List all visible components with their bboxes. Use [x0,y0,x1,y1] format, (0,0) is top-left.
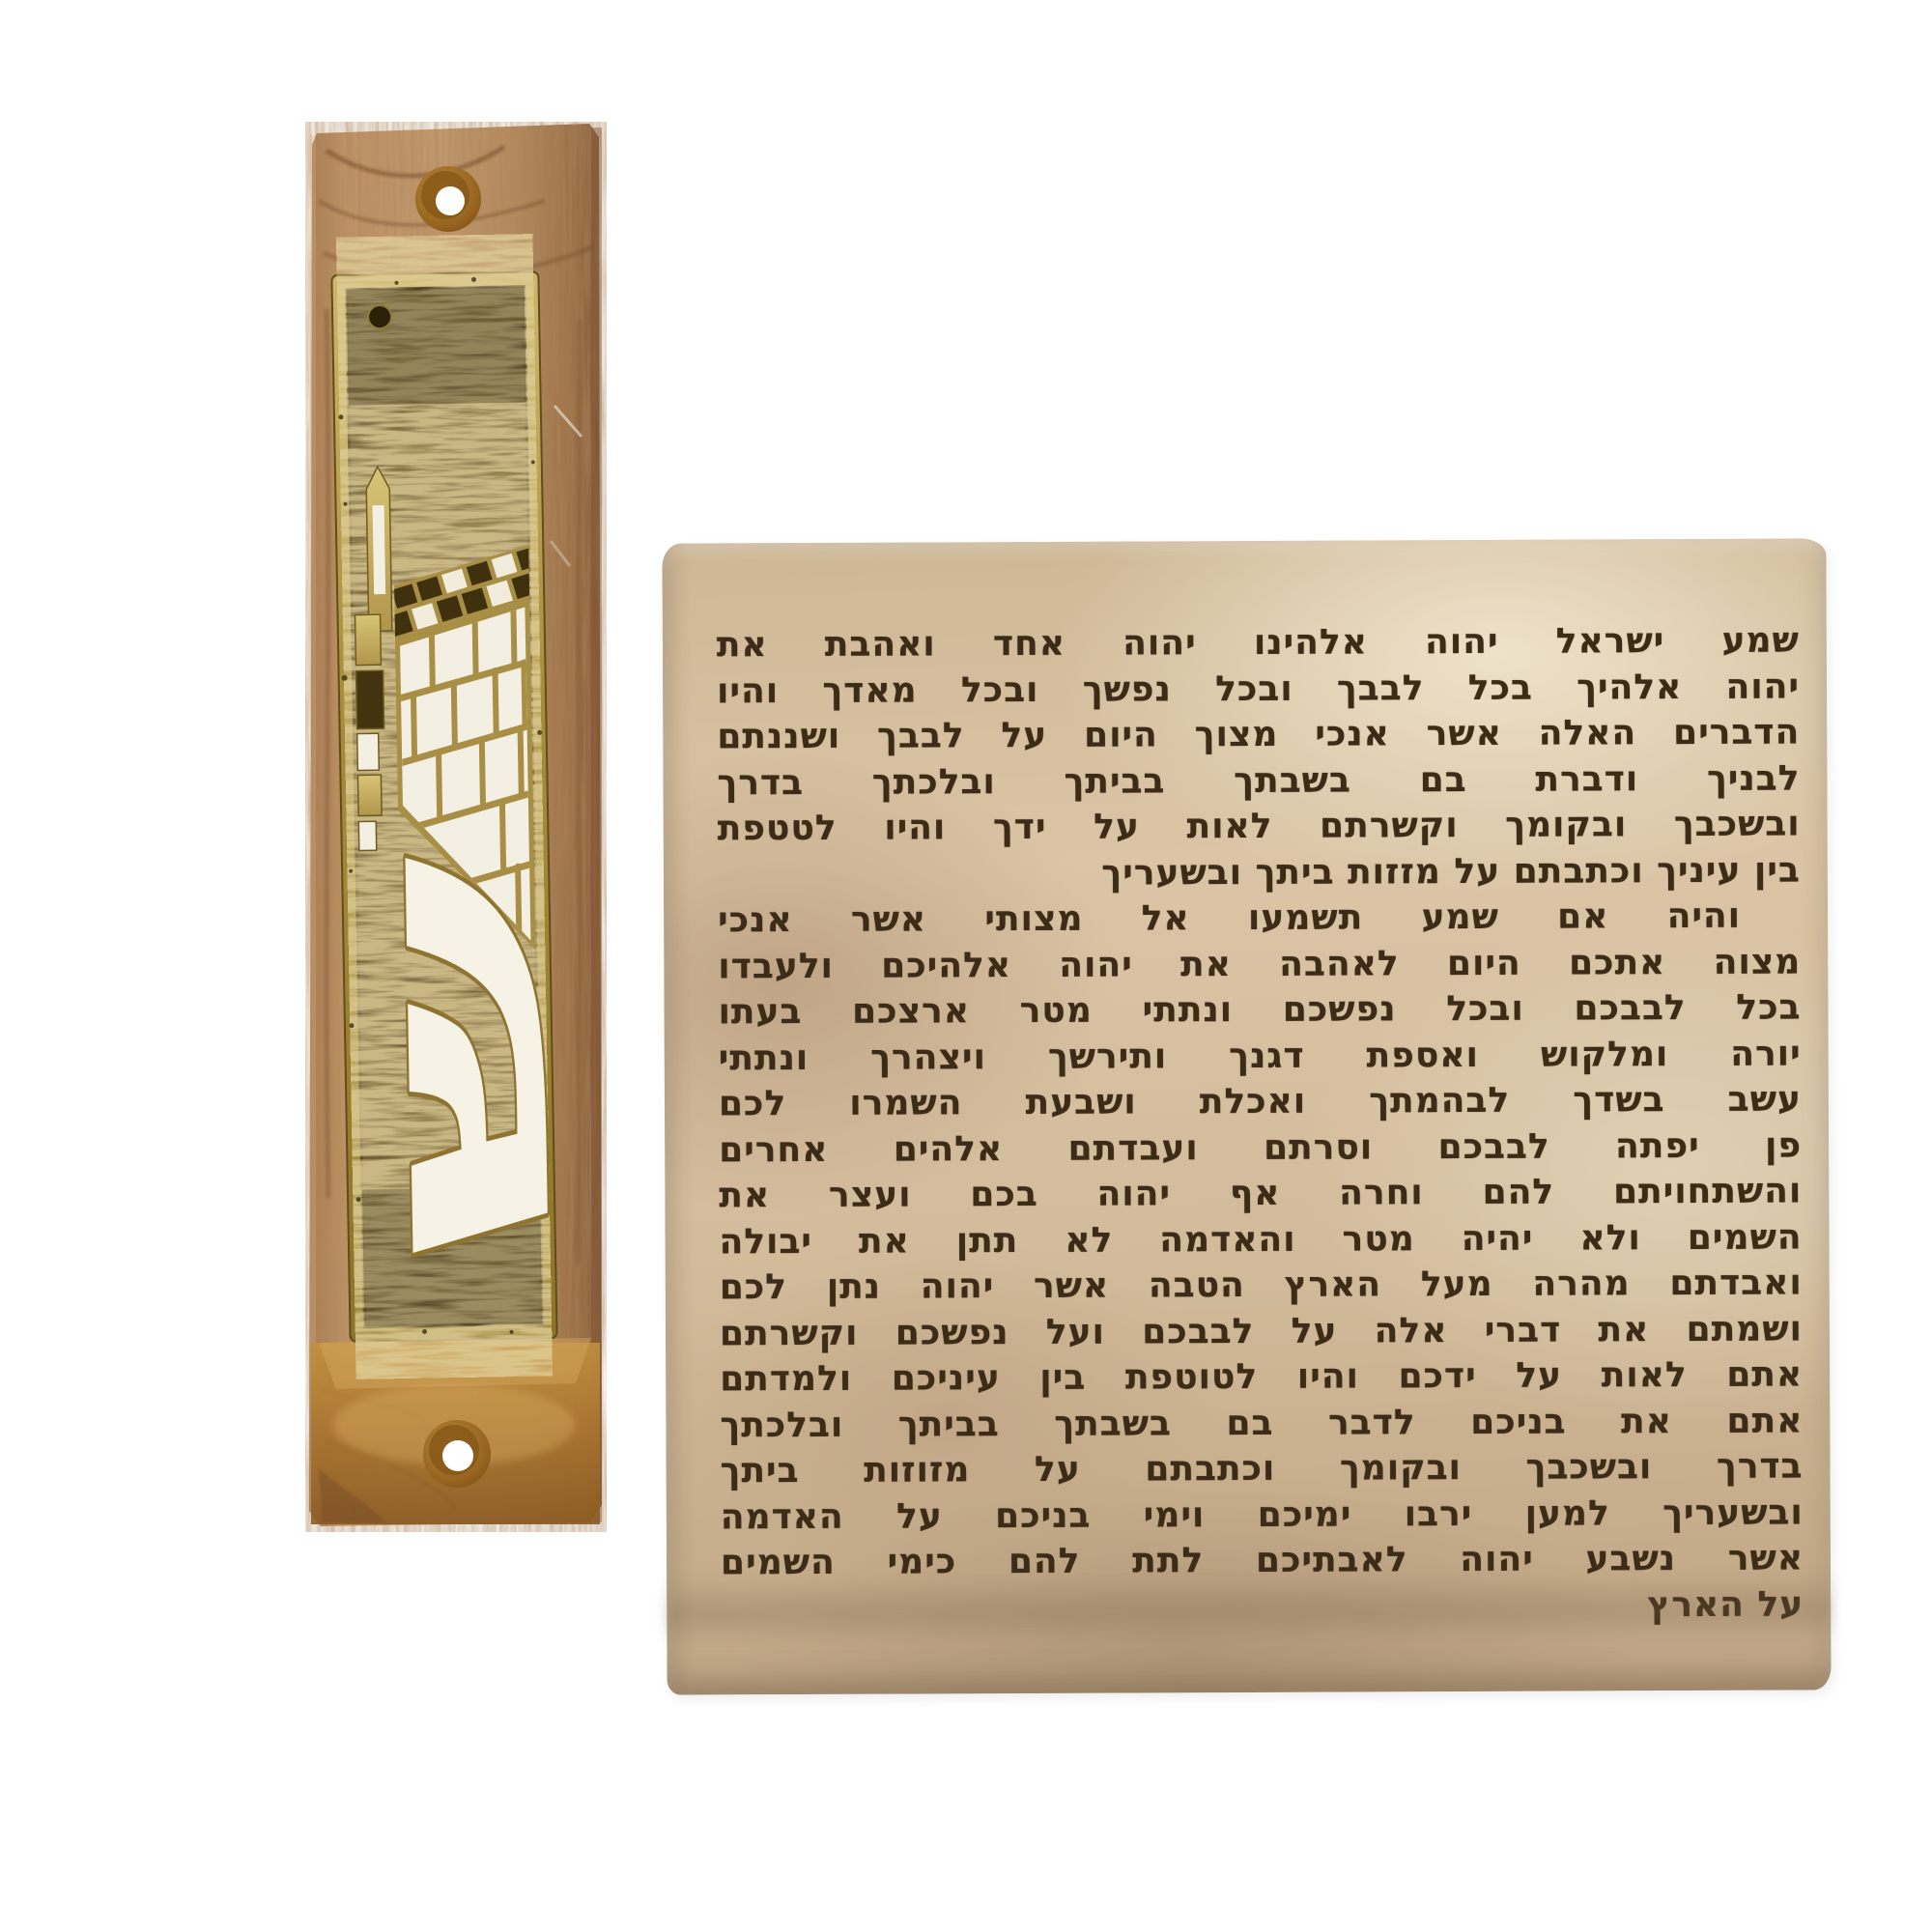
scroll-text-block: שמע ישראל יהוה אלהינו יהוה אחד ואהבת אתי… [717,617,1804,1632]
scroll-line: עשב בשדך לבהמתך ואכלת ושבעת השמרו לכם [719,1076,1802,1126]
shin-letter: ש [310,850,607,1265]
scroll-line: ובשעריך למען ירבו ימיכם וימי בניכם על הא… [721,1490,1804,1540]
scroll-line: יורה ומלקוש ואספת דגנך ותירשך ויצהרך ונת… [719,1031,1802,1081]
scroll-line: והיה אם שמע תשמעו אל מצותי אשר אנכי [718,893,1801,943]
scroll-line: ושמתם את דברי אלה על לבבכם ועל נפשכם וקש… [720,1306,1803,1356]
scroll-line: אתם את בניכם לדבר בם בשבתך בביתך ובלכתך [720,1398,1803,1448]
screw-hole-top [415,166,481,232]
scroll-line: ובשכבך ובקומך וקשרתם לאות על ידך והיו לט… [718,801,1801,851]
scroll-line: והשתחויתם להם וחרה אף יהוה בכם ועצר את [719,1168,1802,1218]
scroll-line: בדרך ובשכבך ובקומך וכתבתם על מזוזות ביתך [720,1443,1803,1493]
scroll-line: ואבדתם מהרה מעל הארץ הטבה אשר יהוה נתן ל… [720,1260,1803,1310]
mezuzah-case: ש [305,122,607,1532]
product-photo: { "page": { "background_color": "#ffffff… [0,0,1932,1932]
scroll-line: יהוה אלהיך בכל לבבך ובכל נפשך ובכל מאדך … [717,664,1800,714]
scroll-parchment: שמע ישראל יהוה אלהינו יהוה אחד ואהבת אתי… [662,538,1831,1694]
scroll-line: מצוה אתכם היום לאהבה את יהוה אלהיכם ולעב… [718,939,1801,989]
scroll-line: לבניך ודברת בם בשבתך בביתך ובלכתך בדרך [717,755,1800,806]
scroll-line: אשר נשבע יהוה לאבתיכם לתת להם כימי השמים [721,1535,1804,1585]
scroll-line: בכל לבבכם ובכל נפשכם ונתתי מטר ארצכם בעת… [718,984,1801,1035]
scroll-line: על הארץ [721,1581,1804,1632]
screw-hole-bottom [423,1420,491,1488]
scroll-line: השמים ולא יהיה מטר והאדמה לא תתן את יבול… [719,1214,1802,1264]
scroll-line: שמע ישראל יהוה אלהינו יהוה אחד ואהבת את [717,617,1800,668]
plaque-mount-hole [368,305,391,328]
scroll-line: פן יפתה לבבכם וסרתם ועבדתם אלהים אחרים [719,1122,1802,1173]
scroll-line: אתם לאות על ידכם והיו לטוטפת בין עיניכם … [720,1351,1803,1402]
scroll-line: הדברים האלה אשר אנכי מצוך היום על לבבך ו… [717,709,1800,759]
tower-icon [366,467,392,631]
scroll-line: בין עיניך וכתבתם על מזזות ביתך ובשעריך [718,847,1801,897]
